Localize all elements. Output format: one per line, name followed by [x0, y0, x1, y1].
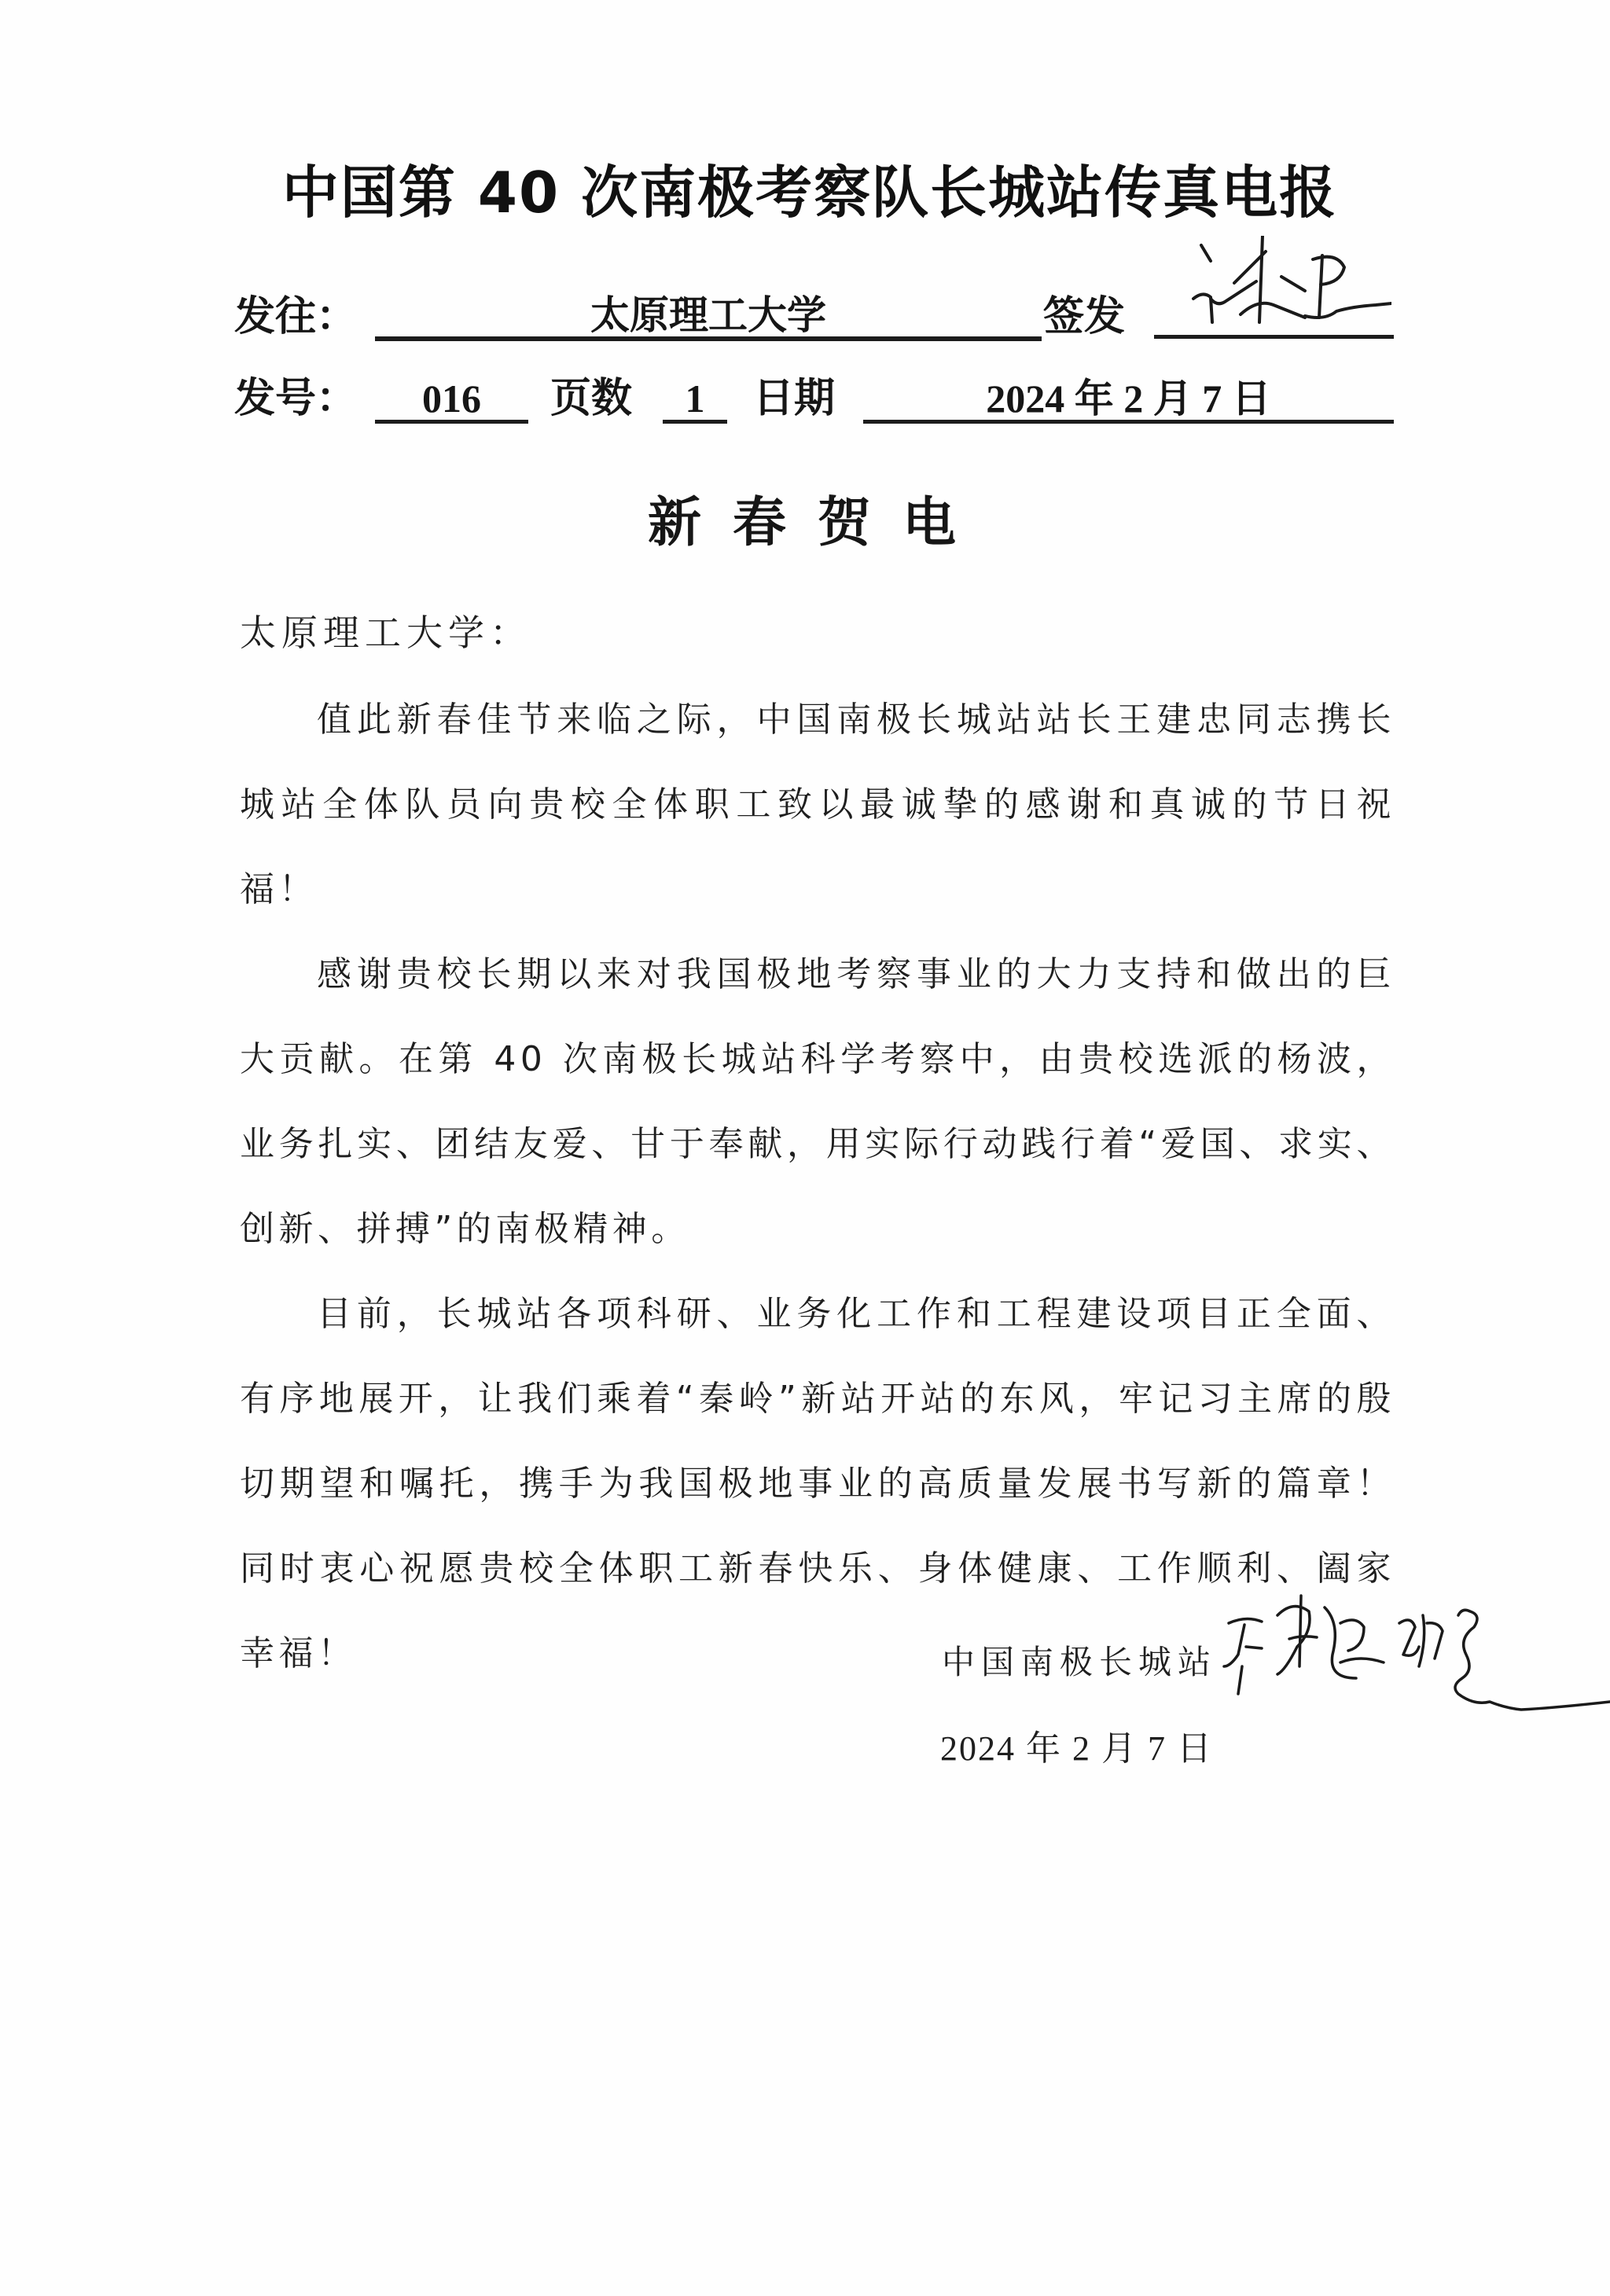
paragraph-1: 值此新春佳节来临之际，中国南极长城站站长王建忠同志携长城站全体队员向贵校全体职工… [240, 678, 1395, 932]
letter-body: 值此新春佳节来临之际，中国南极长城站站长王建忠同志携长城站全体队员向贵校全体职工… [240, 678, 1395, 1696]
issuer-label: 签发 [1043, 289, 1125, 344]
document-title: 中国第 40 次南极考察队长城站传真电报 [267, 153, 1352, 232]
pages-value: 1 [663, 371, 727, 426]
pages-underline [663, 420, 727, 424]
letter-subtitle: 新春贺电 [645, 483, 991, 562]
date-value: 2024 年 2 月 7 日 [863, 371, 1394, 426]
date-label: 日期 [753, 371, 835, 426]
pages-label: 页数 [550, 371, 632, 426]
send-to-underline [375, 336, 1042, 341]
send-to-label: 发往： [234, 289, 357, 344]
number-label: 发号： [234, 371, 357, 426]
send-to-value: 太原理工大学 [375, 288, 1042, 343]
number-underline [375, 420, 528, 424]
issuer-underline [1154, 335, 1394, 339]
number-value: 016 [375, 371, 528, 426]
closing-date: 2024 年 2 月 7 日 [940, 1721, 1213, 1776]
closing-signature-image [1222, 1592, 1610, 1717]
issuer-signature-image [1187, 236, 1391, 330]
fax-document-page: 中国第 40 次南极考察队长城站传真电报 发往： 太原理工大学 签发 发号： 0… [0, 0, 1610, 2296]
letter-salutation: 太原理工大学： [240, 605, 531, 660]
paragraph-2: 感谢贵校长期以来对我国极地考察事业的大力支持和做出的巨大贡献。在第 40 次南极… [240, 932, 1395, 1272]
closing-organization: 中国南极长城站 [942, 1635, 1217, 1690]
date-underline [863, 420, 1394, 424]
